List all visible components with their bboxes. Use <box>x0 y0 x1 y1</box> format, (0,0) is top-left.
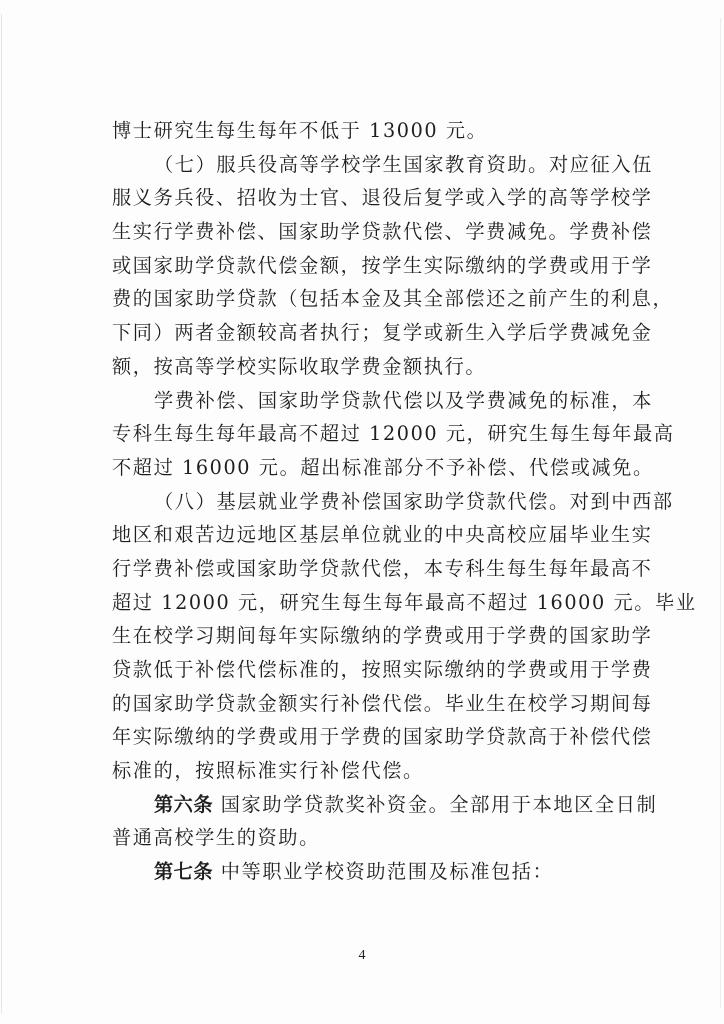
scan-edge-right <box>720 18 721 1008</box>
text-line: 的国家助学贷款金额实行补偿代偿。毕业生在校学习期间每 <box>112 687 616 721</box>
text-line: 超过 12000 元，研究生每生每年最高不超过 16000 元。毕业 <box>112 586 616 620</box>
text-line: 普通高校学生的资助。 <box>112 821 616 855</box>
article-6: 第六条 国家助学贷款奖补资金。全部用于本地区全日制 <box>112 788 616 822</box>
text-line: 或国家助学贷款代偿金额，按学生实际缴纳的学费或用于学 <box>112 249 616 283</box>
article-text: 国家助学贷款奖补资金。全部用于本地区全日制 <box>213 793 657 816</box>
text-line: 专科生每生每年最高不超过 12000 元，研究生每生每年最高 <box>112 417 616 451</box>
text-line: （八）基层就业学费补偿国家助学贷款代偿。对到中西部 <box>112 485 616 519</box>
text-line: 下同）两者金额较高者执行；复学或新生入学后学费减免金 <box>112 316 616 350</box>
text-line: 额，按高等学校实际收取学费金额执行。 <box>112 350 616 384</box>
text-line: 服义务兵役、招收为士官、退役后复学或入学的高等学校学 <box>112 181 616 215</box>
text-line: 生在校学习期间每年实际缴纳的学费或用于学费的国家助学 <box>112 619 616 653</box>
text-line: 费的国家助学贷款（包括本金及其全部偿还之前产生的利息， <box>112 282 616 316</box>
body-text: 博士研究生每生每年不低于 13000 元。 （七）服兵役高等学校学生国家教育资助… <box>112 114 616 889</box>
article-label: 第七条 <box>154 860 213 883</box>
page-number: 4 <box>352 948 372 964</box>
text-line: 行学费补偿或国家助学贷款代偿，本专科生每生每年最高不 <box>112 552 616 586</box>
text-line: 地区和艰苦边远地区基层单位就业的中央高校应届毕业生实 <box>112 518 616 552</box>
text-line: （七）服兵役高等学校学生国家教育资助。对应征入伍 <box>112 148 616 182</box>
article-label: 第六条 <box>154 793 213 816</box>
article-text: 中等职业学校资助范围及标准包括： <box>213 860 553 883</box>
text-line: 标准的，按照标准实行补偿代偿。 <box>112 754 616 788</box>
text-line: 生实行学费补偿、国家助学贷款代偿、学费减免。学费补偿 <box>112 215 616 249</box>
text-line: 博士研究生每生每年不低于 13000 元。 <box>112 114 616 148</box>
article-7: 第七条 中等职业学校资助范围及标准包括： <box>112 855 616 889</box>
scan-edge-left <box>1 14 2 1014</box>
document-page: 博士研究生每生每年不低于 13000 元。 （七）服兵役高等学校学生国家教育资助… <box>0 0 724 1024</box>
text-line: 贷款低于补偿代偿标准的，按照实际缴纳的学费或用于学费 <box>112 653 616 687</box>
text-line: 不超过 16000 元。超出标准部分不予补偿、代偿或减免。 <box>112 451 616 485</box>
text-line: 学费补偿、国家助学贷款代偿以及学费减免的标准，本 <box>112 384 616 418</box>
text-line: 年实际缴纳的学费或用于学费的国家助学贷款高于补偿代偿 <box>112 720 616 754</box>
